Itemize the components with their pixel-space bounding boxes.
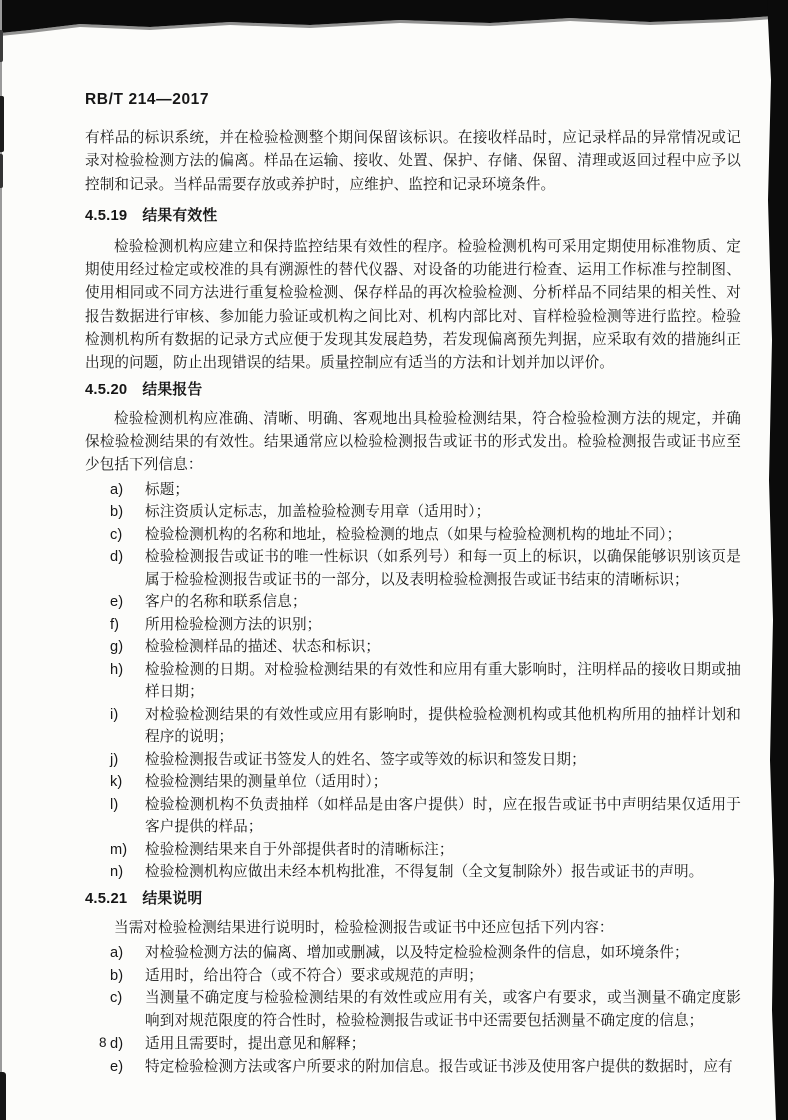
section-number: 4.5.20	[85, 382, 127, 398]
list-item: i) 对检验检测结果的有效性或应用有影响时，提供检验检测机构或其他机构所用的抽样…	[85, 704, 741, 749]
list-item-text: 检验检测的日期。对检验检测结果的有效性和应用有重大影响时，注明样品的接收日期或抽…	[145, 659, 741, 704]
list-item: f) 所用检验检测方法的识别；	[85, 614, 741, 637]
list-item-label: g)	[110, 636, 145, 659]
list-item-text: 对检验检测结果的有效性或应用有影响时，提供检验检测机构或其他机构所用的抽样计划和…	[145, 704, 741, 749]
section-heading-4521: 4.5.21结果说明	[85, 890, 741, 909]
scan-edge-left	[0, 0, 2, 1120]
list-item-label: e)	[110, 591, 145, 614]
list-item-label: d)	[110, 546, 145, 591]
list-item: d) 适用且需要时，提出意见和解释；	[85, 1033, 741, 1056]
list-item-label: c)	[110, 987, 145, 1033]
list-item-label: n)	[110, 861, 145, 884]
section-heading-4519: 4.5.19结果有效性	[85, 207, 741, 226]
intro-paragraph: 有样品的标识系统，并在检验检测整个期间保留该标识。在接收样品时，应记录样品的异常…	[85, 127, 741, 197]
section-heading-4520: 4.5.20结果报告	[85, 381, 741, 400]
list-item-text: 适用且需要时，提出意见和解释；	[145, 1033, 741, 1056]
section-title: 结果有效性	[142, 208, 217, 224]
list-item-text: 客户的名称和联系信息；	[145, 591, 741, 614]
list-item-label: a)	[110, 942, 145, 965]
list-item: n) 检验检测机构应做出未经本机构批准，不得复制（全文复制除外）报告或证书的声明…	[85, 861, 741, 884]
scan-mark-left-upper	[0, 30, 3, 62]
list-item-text: 检验检测机构的名称和地址，检验检测的地点（如果与检验检测机构的地址不同）；	[145, 524, 741, 547]
list-item-text: 检验检测结果的测量单位（适用时）；	[145, 771, 741, 794]
list-item-text: 特定检验检测方法或客户所要求的附加信息。报告或证书涉及使用客户提供的数据时，应有	[145, 1056, 741, 1079]
list-item: d) 检验检测报告或证书的唯一性标识（如系列号）和每一页上的标识，以确保能够识别…	[85, 546, 741, 591]
list-item: c) 检验检测机构的名称和地址，检验检测的地点（如果与检验检测机构的地址不同）；	[85, 524, 741, 547]
list-item-label: e)	[110, 1056, 145, 1079]
list-item: j) 检验检测报告或证书签发人的姓名、签字或等效的标识和签发日期；	[85, 749, 741, 772]
list-item-label: k)	[110, 771, 145, 794]
scan-mark-left-lower	[0, 154, 3, 188]
list-item-label: b)	[110, 501, 145, 524]
list-item-text: 对检验检测方法的偏离、增加或删减，以及特定检验检测条件的信息，如环境条件；	[145, 942, 741, 965]
list-item-text: 标注资质认定标志，加盖检验检测专用章（适用时）；	[145, 501, 741, 524]
report-items-list: a) 标题； b) 标注资质认定标志，加盖检验检测专用章（适用时）； c) 检验…	[85, 479, 741, 884]
section-number: 4.5.21	[85, 891, 127, 907]
list-item: e) 特定检验检测方法或客户所要求的附加信息。报告或证书涉及使用客户提供的数据时…	[85, 1056, 741, 1079]
list-item-text: 检验检测报告或证书的唯一性标识（如系列号）和每一页上的标识，以确保能够识别该页是…	[145, 546, 741, 591]
list-item-label: m)	[110, 839, 145, 862]
list-item-label: b)	[110, 965, 145, 988]
scan-edge-right	[766, 0, 788, 1120]
list-item: g) 检验检测样品的描述、状态和标识；	[85, 636, 741, 659]
section-4520-paragraph: 检验检测机构应准确、清晰、明确、客观地出具检验检测结果，符合检验检测方法的规定，…	[85, 408, 741, 478]
list-item: c) 当测量不确定度与检验检测结果的有效性或应用有关，或客户有要求，或当测量不确…	[85, 987, 741, 1033]
scan-mark-left-mid	[0, 96, 4, 152]
section-4521-paragraph: 当需对检验检测结果进行说明时，检验检测报告或证书中还应包括下列内容：	[85, 917, 741, 940]
list-item: h) 检验检测的日期。对检验检测结果的有效性和应用有重大影响时，注明样品的接收日…	[85, 659, 741, 704]
section-title: 结果说明	[142, 891, 202, 907]
list-item: b) 标注资质认定标志，加盖检验检测专用章（适用时）；	[85, 501, 741, 524]
list-item: l) 检验检测机构不负责抽样（如样品是由客户提供）时，应在报告或证书中声明结果仅…	[85, 794, 741, 839]
list-item: m) 检验检测结果来自于外部提供者时的清晰标注；	[85, 839, 741, 862]
document-content: RB/T 214—2017 有样品的标识系统，并在检验检测整个期间保留该标识。在…	[85, 0, 741, 1079]
list-item: b) 适用时，给出符合（或不符合）要求或规范的声明；	[85, 965, 741, 988]
scan-smudge-bottom-left	[0, 1072, 6, 1120]
list-item-label: a)	[110, 479, 145, 502]
list-item-label: d)	[110, 1033, 145, 1056]
list-item-label: c)	[110, 524, 145, 547]
section-4519-paragraph: 检验检测机构应建立和保持监控结果有效性的程序。检验检测机构可采用定期使用标准物质…	[85, 236, 741, 376]
list-item: a) 标题；	[85, 479, 741, 502]
list-item-text: 所用检验检测方法的识别；	[145, 614, 741, 637]
list-item-label: h)	[110, 659, 145, 704]
list-item: k) 检验检测结果的测量单位（适用时）；	[85, 771, 741, 794]
document-number-header: RB/T 214—2017	[85, 90, 741, 110]
list-item-text: 检验检测机构应做出未经本机构批准，不得复制（全文复制除外）报告或证书的声明。	[145, 861, 741, 884]
page-number: 8	[99, 1035, 107, 1051]
section-title: 结果报告	[142, 382, 202, 398]
list-item-text: 适用时，给出符合（或不符合）要求或规范的声明；	[145, 965, 741, 988]
list-item-label: l)	[110, 794, 145, 839]
scanned-document-page: RB/T 214—2017 有样品的标识系统，并在检验检测整个期间保留该标识。在…	[0, 0, 788, 1120]
list-item-text: 检验检测机构不负责抽样（如样品是由客户提供）时，应在报告或证书中声明结果仅适用于…	[145, 794, 741, 839]
list-item-text: 标题；	[145, 479, 741, 502]
list-item-text: 检验检测报告或证书签发人的姓名、签字或等效的标识和签发日期；	[145, 749, 741, 772]
list-item-text: 检验检测样品的描述、状态和标识；	[145, 636, 741, 659]
statement-items-list: a) 对检验检测方法的偏离、增加或删减，以及特定检验检测条件的信息，如环境条件；…	[85, 942, 741, 1079]
list-item-label: j)	[110, 749, 145, 772]
list-item-text: 检验检测结果来自于外部提供者时的清晰标注；	[145, 839, 741, 862]
list-item-text: 当测量不确定度与检验检测结果的有效性或应用有关，或客户有要求，或当测量不确定度影…	[145, 987, 741, 1033]
list-item: a) 对检验检测方法的偏离、增加或删减，以及特定检验检测条件的信息，如环境条件；	[85, 942, 741, 965]
section-number: 4.5.19	[85, 208, 127, 224]
list-item: e) 客户的名称和联系信息；	[85, 591, 741, 614]
list-item-label: f)	[110, 614, 145, 637]
list-item-label: i)	[110, 704, 145, 749]
